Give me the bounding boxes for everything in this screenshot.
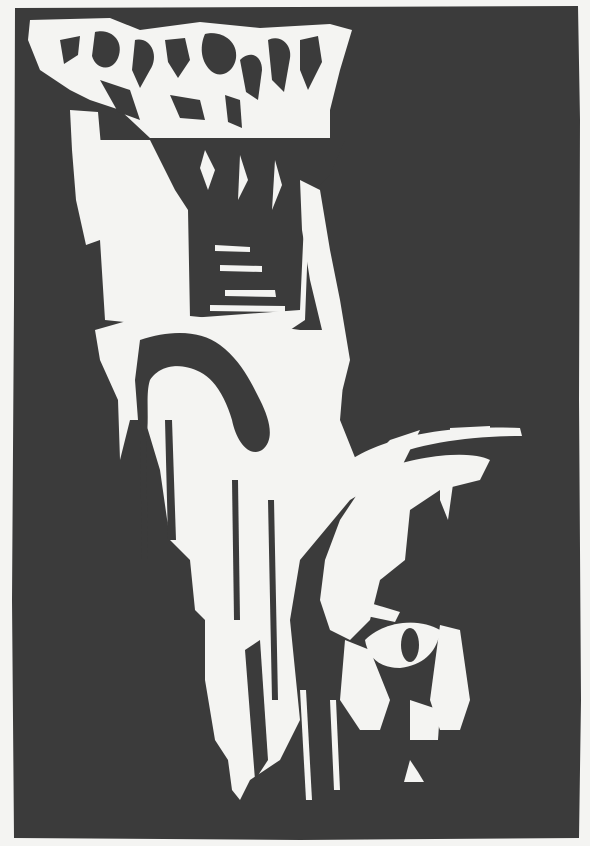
woodcut-print xyxy=(0,0,590,846)
